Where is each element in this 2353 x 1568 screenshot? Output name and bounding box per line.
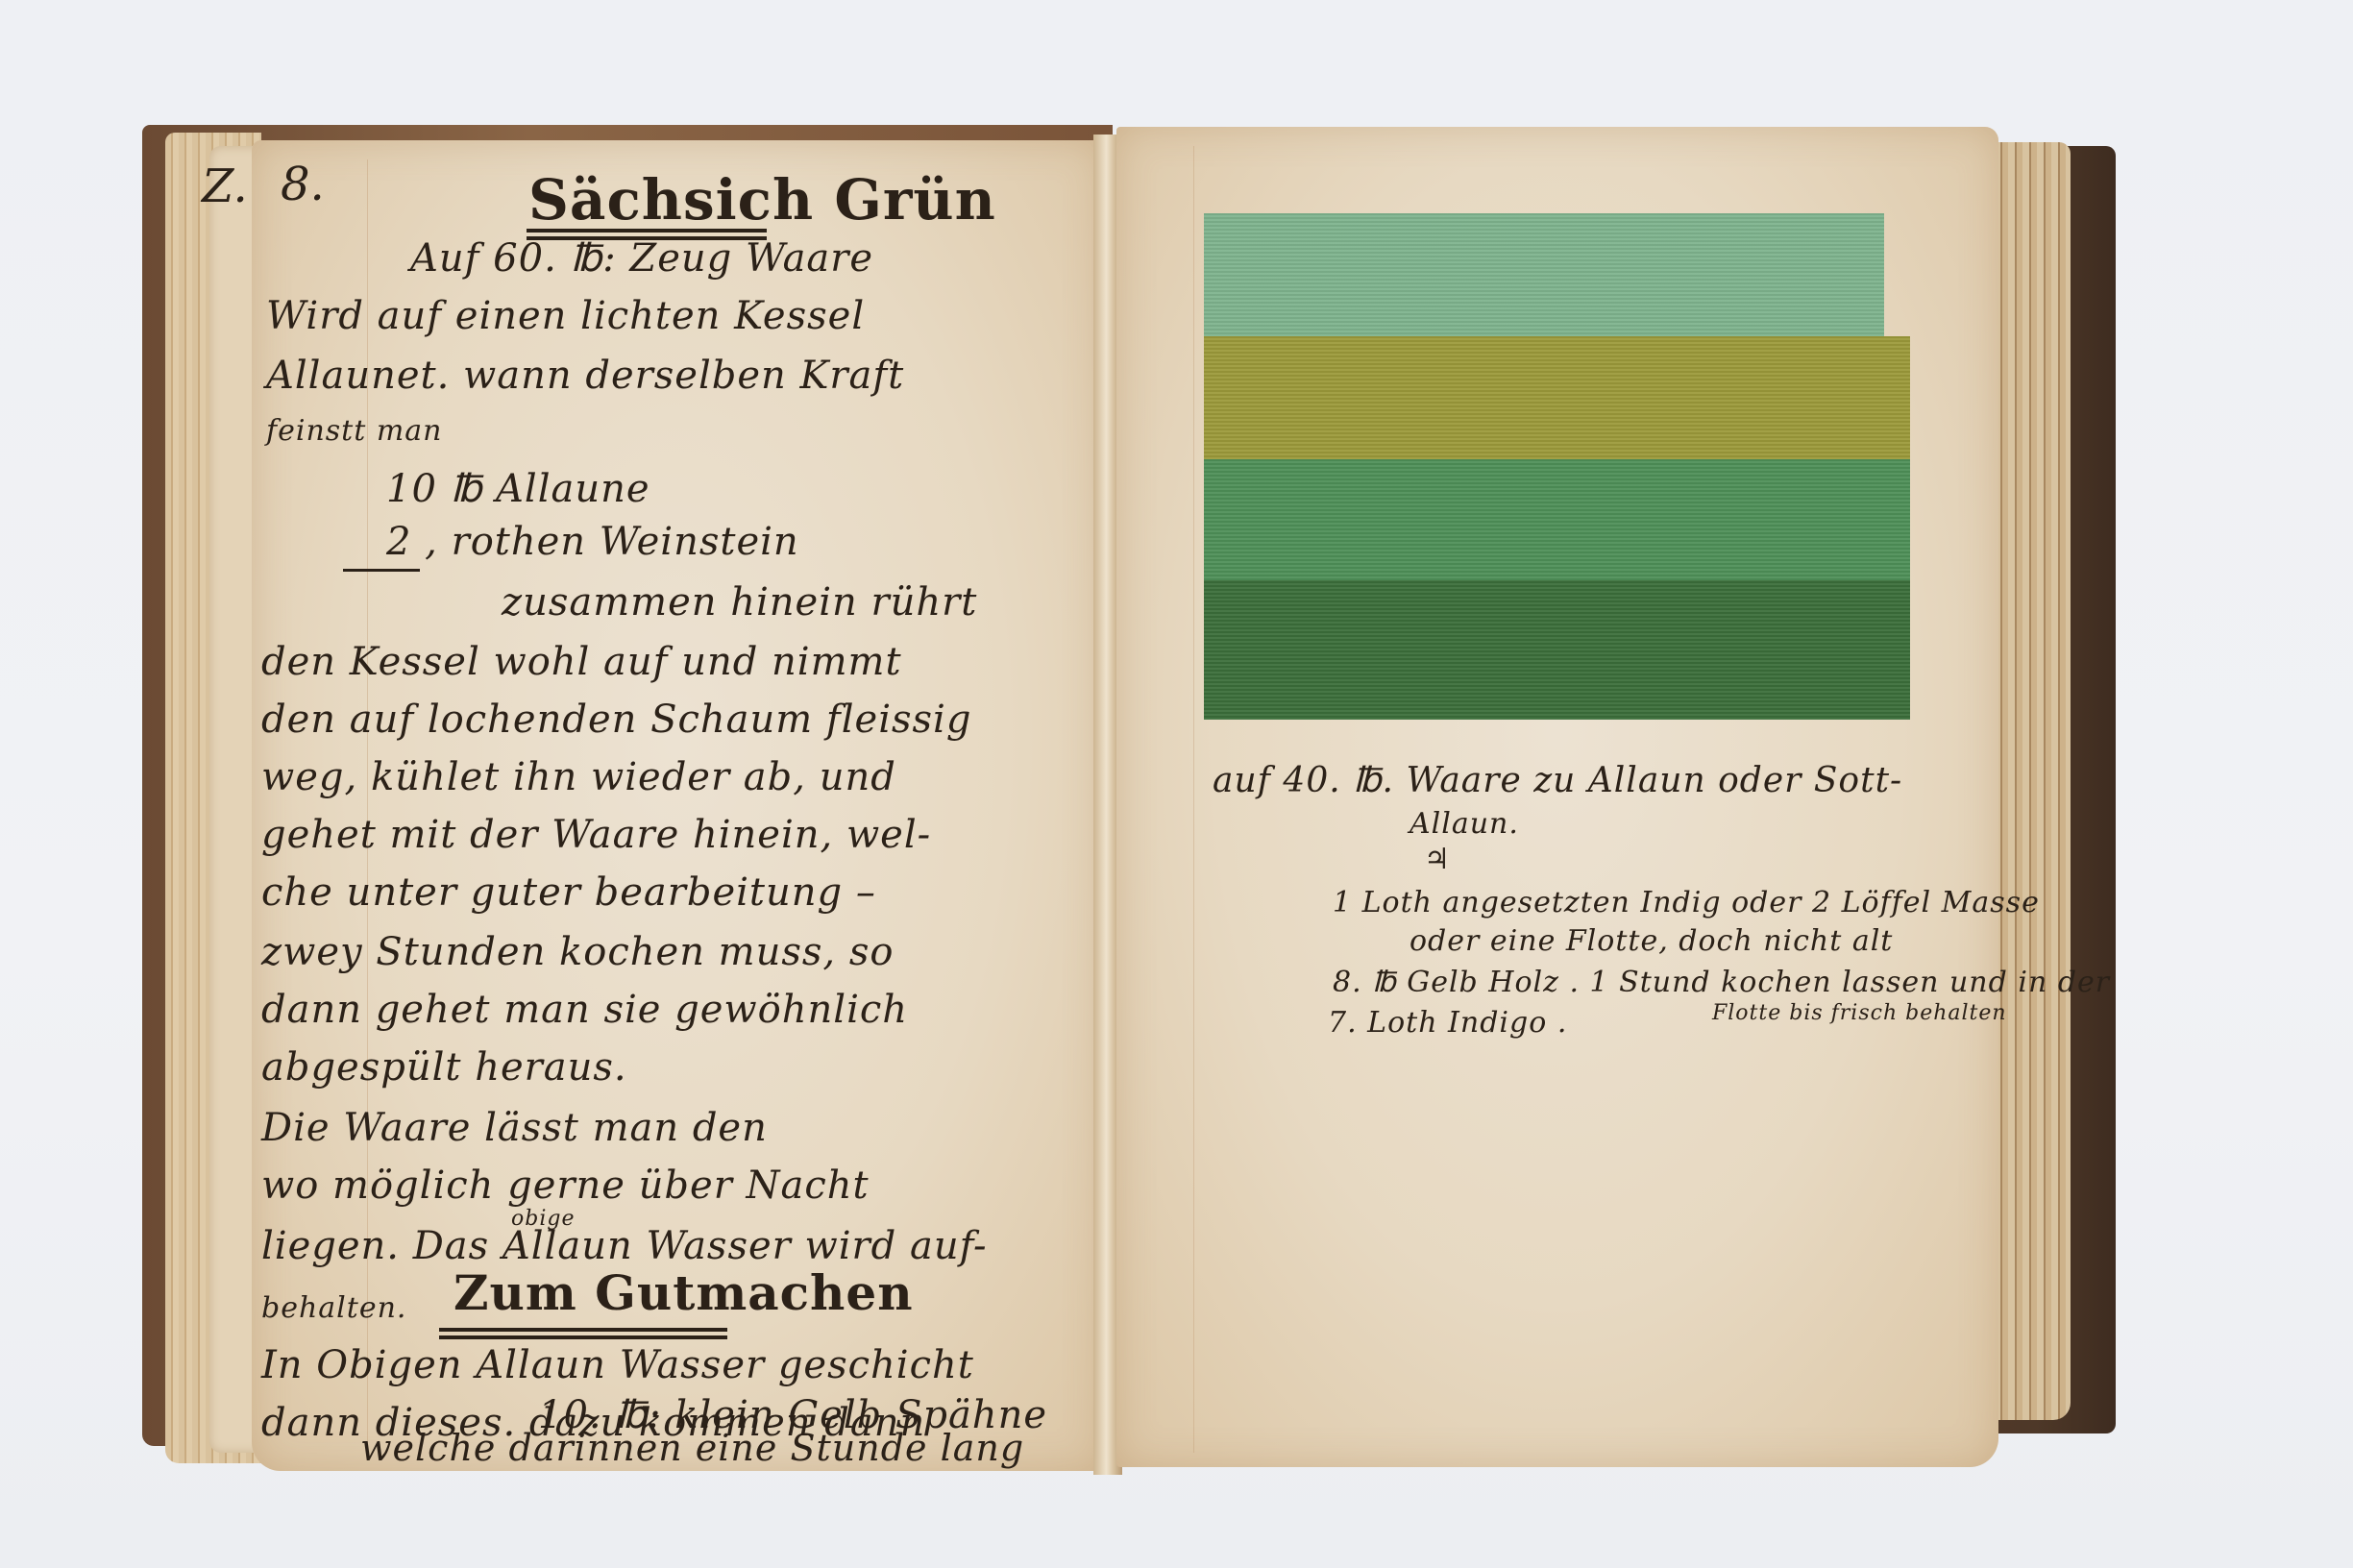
text-line: Wird auf einen lichten Kessel <box>266 294 865 338</box>
text-line: Die Waare lässt man den <box>261 1106 768 1150</box>
text-line: den auf lochenden Schaum fleissig <box>261 698 971 742</box>
ingredient-underline <box>343 569 420 572</box>
text-line: dann gehet man sie gewöhnlich <box>261 988 908 1032</box>
text-line: weg, kühlet ihn wieder ab, und <box>261 755 896 799</box>
symbol-line: ♃ <box>1424 843 1451 876</box>
fabric-swatch-dark-green <box>1204 580 1910 720</box>
text-line: 1 Loth angesetzten Indig oder 2 Löffel M… <box>1333 886 2040 919</box>
text-line: wo möglich gerne über Nacht <box>261 1164 870 1208</box>
ingredient-line: 2 , rothen Weinstein <box>386 520 799 564</box>
text-line: zwey Stunden kochen muss, so <box>261 930 894 974</box>
recipe-heading: Sächsich Grün <box>528 167 996 233</box>
right-page: auf 40. ℔. Waare zu Allaun oder Sott- Al… <box>1116 127 1998 1467</box>
fabric-swatch-mid-green <box>1204 459 1910 582</box>
text-line: 7. Loth Indigo . <box>1328 1006 1567 1040</box>
text-line: behalten. <box>261 1291 406 1325</box>
text-line: liegen. Das Allaun Wasser wird auf- <box>261 1224 987 1268</box>
text-line: zusammen hinein rührt <box>502 580 977 625</box>
subheading: Zum Gutmachen <box>453 1264 914 1321</box>
text-line: che unter guter bearbeitung – <box>261 870 876 915</box>
text-line: auf 40. ℔. Waare zu Allaun oder Sott- <box>1213 761 1902 800</box>
text-line: 8. ℔ Gelb Holz . 1 Stund kochen lassen u… <box>1333 966 2110 999</box>
text-line: In Obigen Allaun Wasser geschicht <box>261 1343 974 1387</box>
left-page: Z. 8. Sächsich Grün Auf 60. ℔: Zeug Waar… <box>252 140 1102 1471</box>
text-line: gehet mit der Waare hinein, wel- <box>261 813 931 857</box>
margin-rule <box>1193 146 1194 1453</box>
page-number: 8. <box>281 158 325 211</box>
fabric-swatch-olive <box>1204 336 1910 463</box>
text-line: oder eine Flotte, doch nicht alt <box>1409 924 1893 958</box>
text-line: den Kessel wohl auf und nimmt <box>261 640 902 684</box>
text-line: Auf 60. ℔: Zeug Waare <box>410 236 873 281</box>
text-line: Allaunet. wann derselben Kraft <box>266 354 904 398</box>
text-line: welche darinnen eine Stunde lang <box>360 1427 1024 1469</box>
ingredient-line: 10 ℔ Allaune <box>386 467 650 511</box>
fabric-swatch-group <box>1204 213 1915 718</box>
text-line: feinstt man <box>266 414 442 448</box>
fabric-swatch-light-green <box>1204 213 1884 340</box>
previous-page-number: Z. <box>202 159 248 213</box>
subheading-underline <box>439 1328 727 1339</box>
text-line: Flotte bis frisch behalten <box>1712 1001 2007 1025</box>
text-line: Allaun. <box>1409 807 1519 841</box>
text-line: abgespült heraus. <box>261 1045 627 1090</box>
